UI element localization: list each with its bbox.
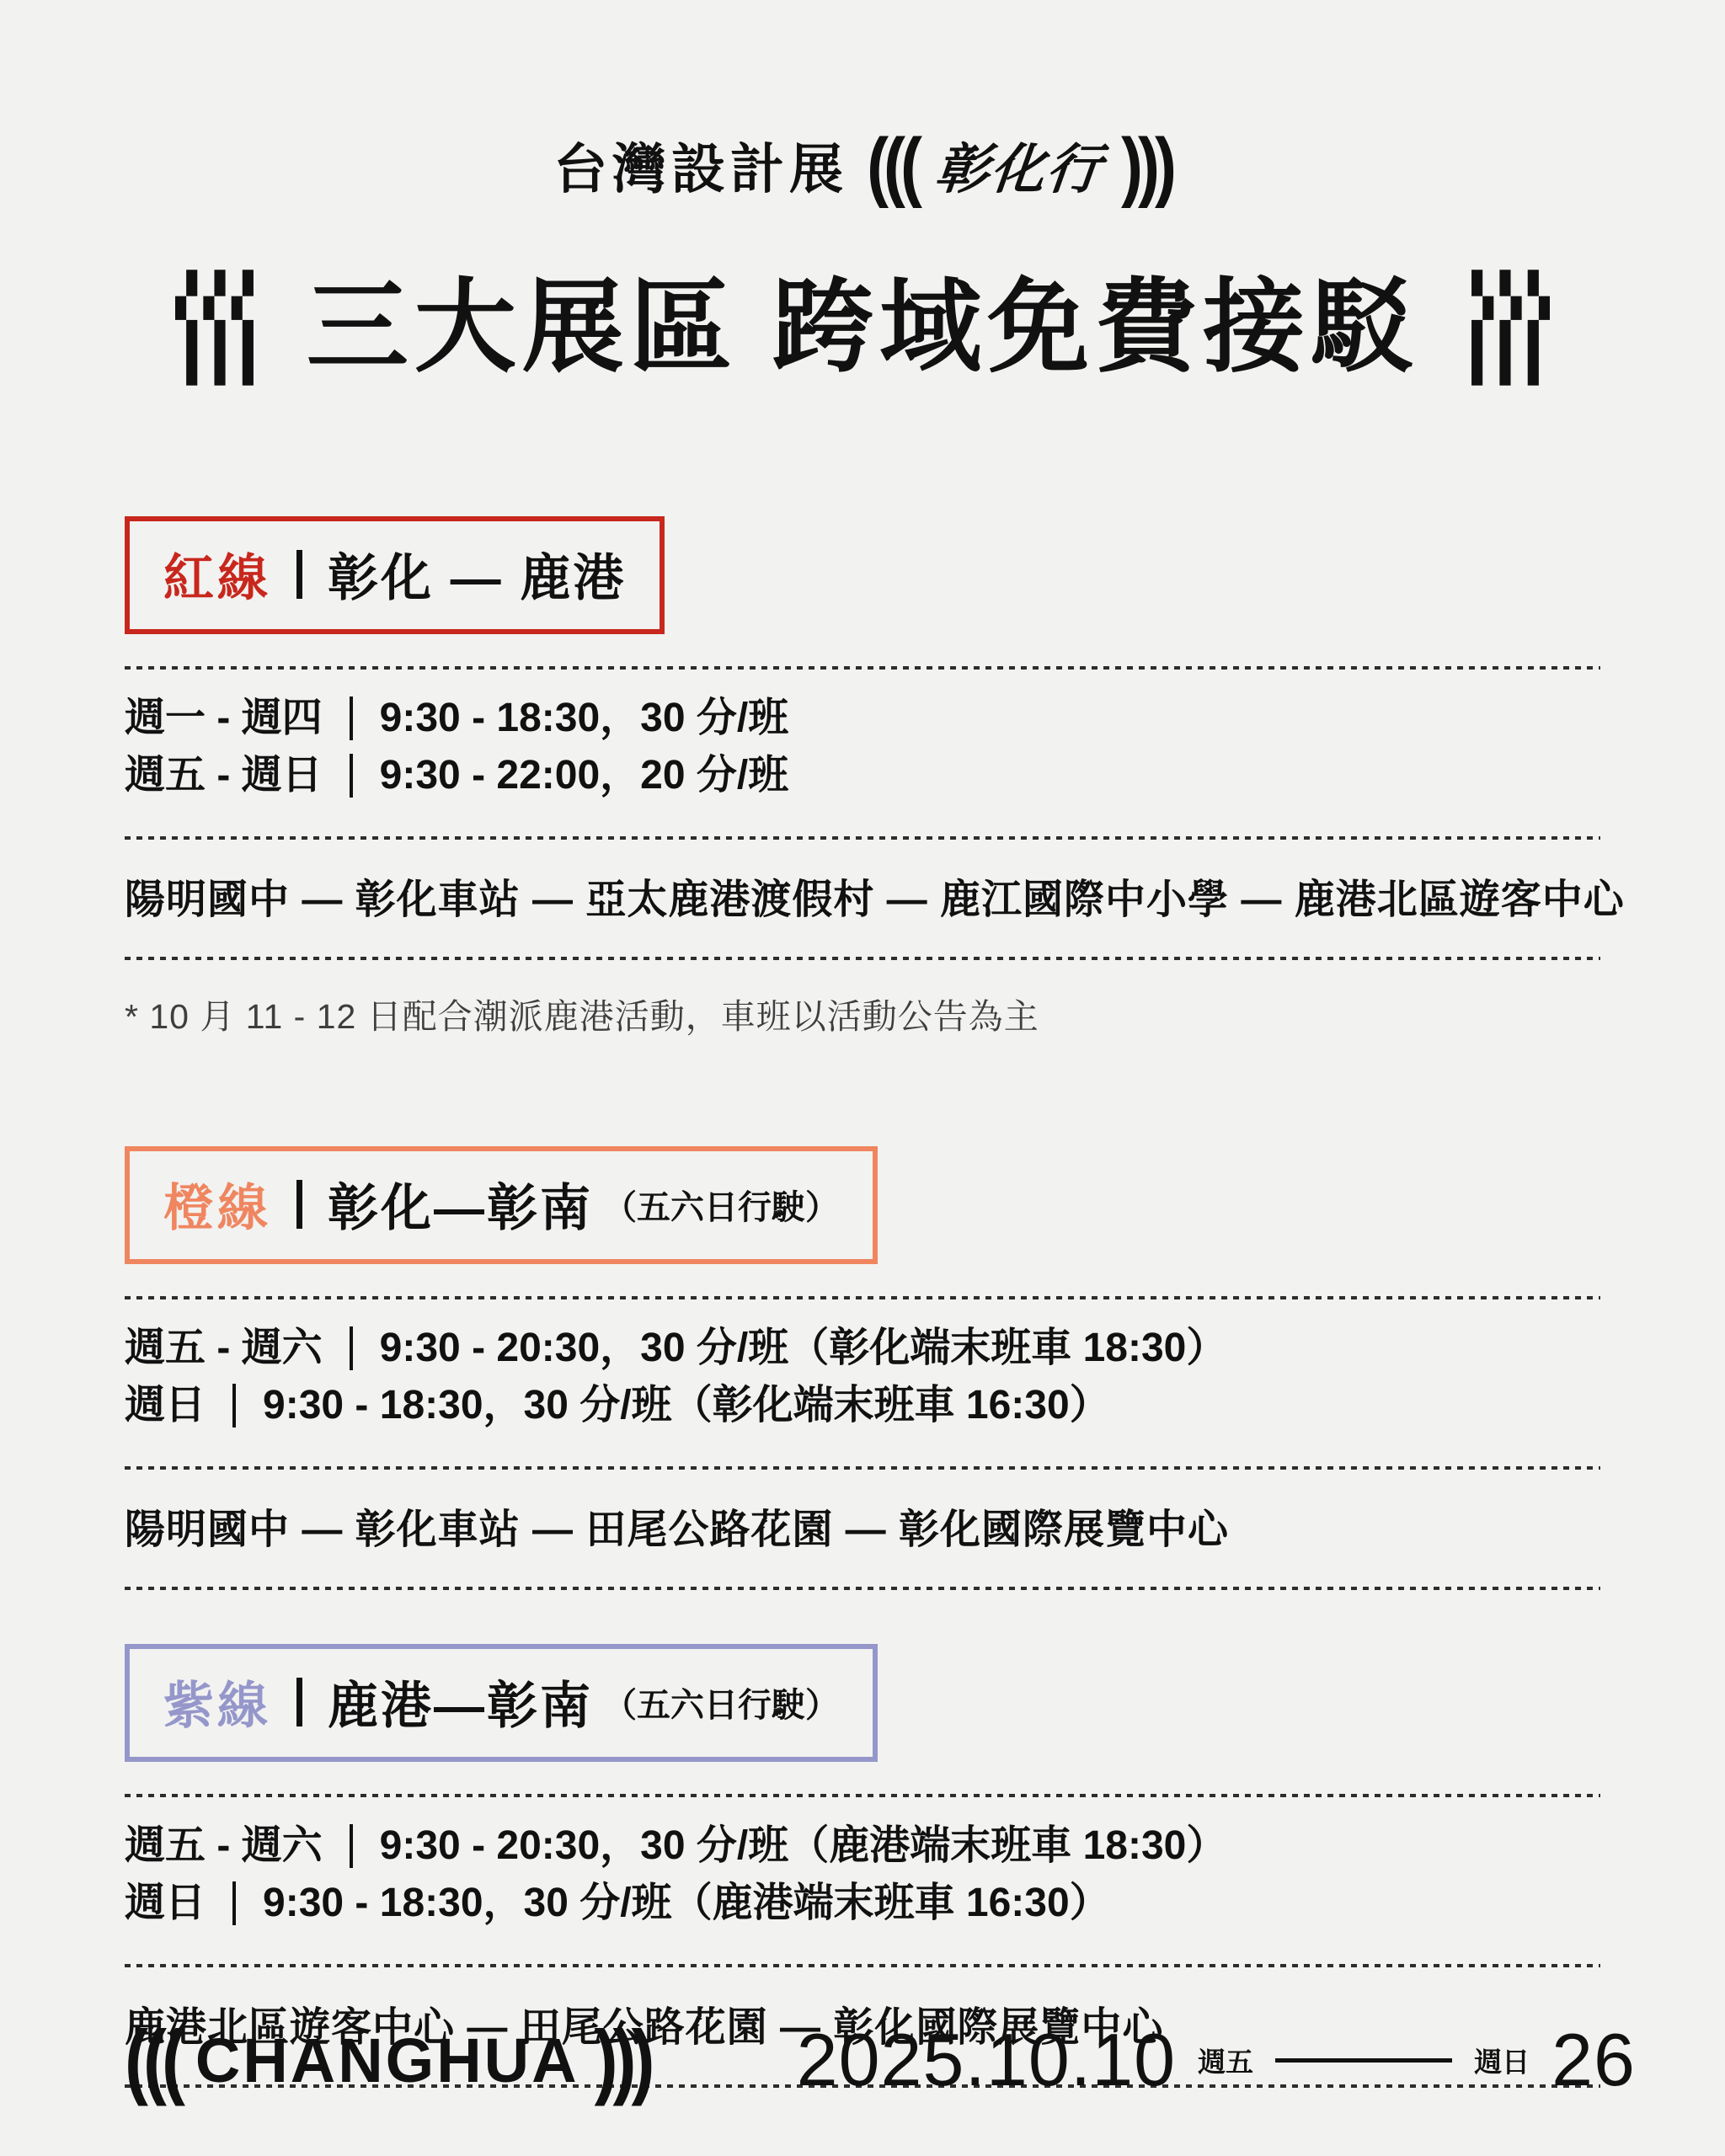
schedule-time: 9:30 - 18:30，30 分/班（彰化端末班車 16:30）: [263, 1377, 1110, 1434]
shuttle-poster: 台灣設計展 ((( 彰化行 ))) 三大展區 跨域免費接駁 紅線 彰化 —: [0, 0, 1725, 2156]
title-separator-bar: [296, 1678, 302, 1726]
end-date: 26: [1551, 2017, 1636, 2103]
schedule-row: 週五 - 週日 9:30 - 22:00，20 分/班: [125, 747, 1600, 804]
changhua-logo: ((( CHANGHUA ))): [125, 2025, 650, 2096]
start-date: 2025.10.10: [797, 2017, 1176, 2103]
schedule-separator-bar: [232, 1384, 236, 1428]
schedule-separator-bar: [350, 1326, 353, 1370]
event-title: 台灣設計展: [553, 126, 848, 204]
schedule-separator-bar: [232, 1881, 236, 1925]
date-range-dash: [1275, 2058, 1452, 2063]
logo-close-parens: ))): [595, 2018, 650, 2101]
schedule-days: 週五 - 週六: [125, 1817, 323, 1875]
event-dates: 2025.10.10 週五 週日 26: [797, 2017, 1636, 2103]
schedule-time: 9:30 - 18:30，30 分/班（鹿港端末班車 16:30）: [263, 1875, 1110, 1932]
red-line-stops: 陽明國中 — 彰化車站 — 亞太鹿港渡假村 — 鹿江國際中小學 — 鹿港北區遊客…: [125, 867, 1600, 925]
orange-line-schedule: 週五 - 週六 9:30 - 20:30，30 分/班（彰化端末班車 18:30…: [125, 1320, 1600, 1434]
section-red-line: 紅線 彰化 — 鹿港 週一 - 週四 9:30 - 18:30，30 分/班 週…: [125, 516, 1600, 1038]
red-line-title-box: 紅線 彰化 — 鹿港: [125, 516, 665, 634]
orange-line-route: 彰化—彰南: [328, 1168, 593, 1241]
schedule-days: 週五 - 週六: [125, 1320, 323, 1377]
title-separator-bar: [296, 550, 302, 599]
dotted-divider: [125, 1794, 1600, 1797]
orange-line-title-box: 橙線 彰化—彰南 （五六日行駛）: [125, 1146, 878, 1264]
dotted-divider: [125, 836, 1600, 840]
schedule-row: 週五 - 週六 9:30 - 20:30，30 分/班（彰化端末班車 18:30…: [125, 1320, 1600, 1377]
dotted-divider: [125, 1964, 1600, 1967]
schedule-time: 9:30 - 22:00，20 分/班: [380, 747, 789, 804]
orange-line-name: 橙線: [163, 1168, 271, 1241]
schedule-time: 9:30 - 20:30，30 分/班（鹿港端末班車 18:30）: [380, 1817, 1227, 1875]
glitch-bars-left-icon: [175, 269, 259, 386]
purple-line-route-note: （五六日行駛）: [603, 1678, 839, 1726]
red-line-route: 彰化 — 鹿港: [328, 538, 626, 611]
glitch-bars-right-icon: [1466, 269, 1550, 386]
footer: ((( CHANGHUA ))) 2025.10.10 週五 週日 26: [125, 2017, 1636, 2103]
schedule-row: 週一 - 週四 9:30 - 18:30，30 分/班: [125, 690, 1600, 747]
changhua-trip-logo: 彰化行: [932, 126, 1107, 204]
schedule-time: 9:30 - 20:30，30 分/班（彰化端末班車 18:30）: [380, 1320, 1227, 1377]
dotted-divider: [125, 1466, 1600, 1470]
main-title: 三大展區 跨域免費接駁: [307, 271, 1419, 383]
logo-open-parens: (((: [867, 126, 917, 204]
dotted-divider: [125, 957, 1600, 960]
red-line-schedule: 週一 - 週四 9:30 - 18:30，30 分/班 週五 - 週日 9:30…: [125, 690, 1600, 804]
orange-line-route-note: （五六日行駛）: [603, 1181, 839, 1229]
schedule-separator-bar: [350, 754, 353, 798]
schedule-days: 週日: [125, 1875, 206, 1932]
title-row: 三大展區 跨域免費接駁: [125, 269, 1600, 386]
orange-line-stops: 陽明國中 — 彰化車站 — 田尾公路花園 — 彰化國際展覽中心: [125, 1497, 1600, 1555]
red-line-note: * 10 月 11 - 12 日配合潮派鹿港活動，車班以活動公告為主: [125, 989, 1600, 1038]
dotted-divider: [125, 1587, 1600, 1590]
header: 台灣設計展 ((( 彰化行 ))): [125, 126, 1600, 204]
schedule-days: 週日: [125, 1377, 206, 1434]
red-line-name: 紅線: [163, 538, 271, 611]
changhua-wordmark: CHANGHUA: [195, 2025, 579, 2096]
purple-line-title-box: 紫線 鹿港—彰南 （五六日行駛）: [125, 1644, 878, 1762]
schedule-time: 9:30 - 18:30，30 分/班: [380, 690, 789, 747]
schedule-days: 週五 - 週日: [125, 747, 323, 804]
schedule-separator-bar: [350, 1824, 353, 1868]
end-weekday: 週日: [1474, 2041, 1530, 2080]
logo-open-parens: (((: [125, 2018, 180, 2101]
purple-line-route: 鹿港—彰南: [328, 1666, 593, 1738]
purple-line-schedule: 週五 - 週六 9:30 - 20:30，30 分/班（鹿港端末班車 18:30…: [125, 1817, 1600, 1932]
section-orange-line: 橙線 彰化—彰南 （五六日行駛） 週五 - 週六 9:30 - 20:30，30…: [125, 1146, 1600, 1590]
schedule-separator-bar: [350, 696, 353, 740]
schedule-row: 週日 9:30 - 18:30，30 分/班（彰化端末班車 16:30）: [125, 1377, 1600, 1434]
schedule-days: 週一 - 週四: [125, 690, 323, 747]
title-separator-bar: [296, 1180, 302, 1229]
dotted-divider: [125, 666, 1600, 670]
dotted-divider: [125, 1296, 1600, 1299]
schedule-row: 週五 - 週六 9:30 - 20:30，30 分/班（鹿港端末班車 18:30…: [125, 1817, 1600, 1875]
logo-close-parens: ))): [1121, 126, 1172, 204]
schedule-row: 週日 9:30 - 18:30，30 分/班（鹿港端末班車 16:30）: [125, 1875, 1600, 1932]
purple-line-name: 紫線: [163, 1666, 271, 1738]
start-weekday: 週五: [1198, 2041, 1253, 2080]
